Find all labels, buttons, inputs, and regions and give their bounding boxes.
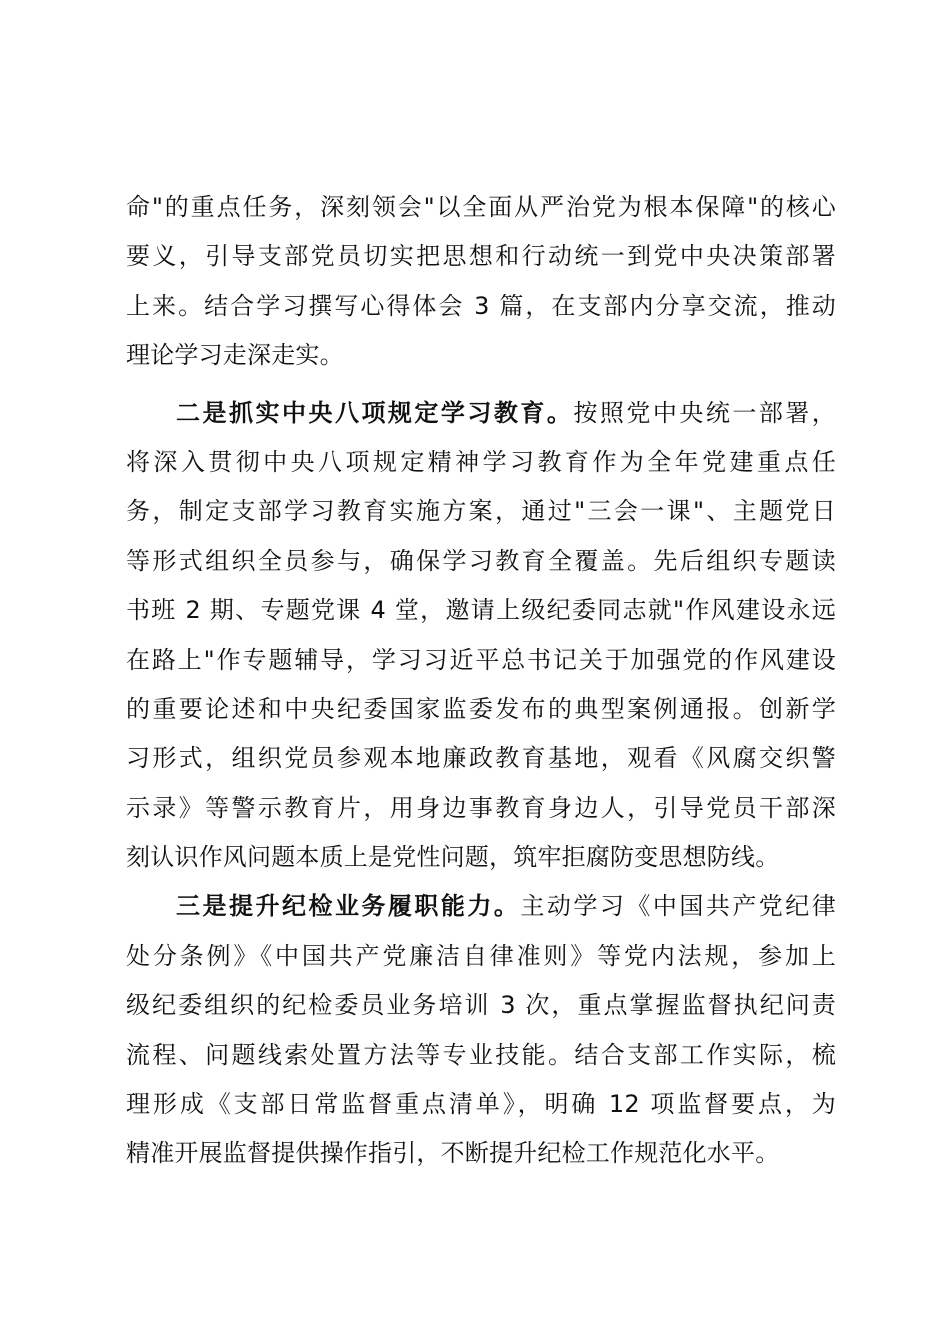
paragraph-point-three: 三是提升纪检业务履职能力。主动学习《中国共产党纪律 处分条例》《中国共产党廉洁自…	[126, 882, 836, 1178]
text-line: 理形成《支部日常监督重点清单》，明确 12 项监督要点，为	[126, 1080, 836, 1129]
text-line: 示录》等警示教育片，用身边事教育身边人，引导党员干部深	[126, 784, 836, 833]
text-line: 要义，引导支部党员切实把思想和行动统一到党中央决策部署	[126, 232, 836, 281]
paragraph-text: 按照党中央统一部署，	[573, 399, 836, 427]
document-page: 命"的重点任务，深刻领会"以全面从严治党为根本保障"的核心 要义，引导支部党员切…	[126, 183, 836, 1179]
paragraph-point-two: 二是抓实中央八项规定学习教育。按照党中央统一部署， 将深入贯彻中央八项规定精神学…	[126, 389, 836, 883]
paragraph-heading: 三是提升纪检业务履职能力。	[176, 892, 520, 920]
paragraph-continuation: 命"的重点任务，深刻领会"以全面从严治党为根本保障"的核心 要义，引导支部党员切…	[126, 183, 836, 381]
text-line: 命"的重点任务，深刻领会"以全面从严治党为根本保障"的核心	[126, 183, 836, 232]
paragraph-gap	[126, 381, 836, 389]
text-line: 精准开展监督提供操作指引，不断提升纪检工作规范化水平。	[126, 1129, 836, 1178]
paragraph-first-line: 三是提升纪检业务履职能力。主动学习《中国共产党纪律	[126, 882, 836, 931]
paragraph-text: 主动学习《中国共产党纪律	[520, 892, 836, 920]
text-line: 流程、问题线索处置方法等专业技能。结合支部工作实际，梳	[126, 1031, 836, 1080]
text-line: 理论学习走深走实。	[126, 331, 836, 380]
text-line: 级纪委组织的纪检委员业务培训 3 次，重点掌握监督执纪问责	[126, 981, 836, 1030]
text-line: 务，制定支部学习教育实施方案，通过"三会一课"、主题党日	[126, 487, 836, 536]
text-line: 的重要论述和中央纪委国家监委发布的典型案例通报。创新学	[126, 685, 836, 734]
text-line: 刻认识作风问题本质上是党性问题，筑牢拒腐防变思想防线。	[126, 833, 836, 882]
text-line: 习形式，组织党员参观本地廉政教育基地，观看《风腐交织警	[126, 734, 836, 783]
text-line: 书班 2 期、专题党课 4 堂，邀请上级纪委同志就"作风建设永远	[126, 586, 836, 635]
text-line: 处分条例》《中国共产党廉洁自律准则》等党内法规，参加上	[126, 932, 836, 981]
paragraph-first-line: 二是抓实中央八项规定学习教育。按照党中央统一部署，	[126, 389, 836, 438]
text-line: 在路上"作专题辅导，学习习近平总书记关于加强党的作风建设	[126, 636, 836, 685]
text-line: 将深入贯彻中央八项规定精神学习教育作为全年党建重点任	[126, 438, 836, 487]
paragraph-heading: 二是抓实中央八项规定学习教育。	[176, 399, 573, 427]
text-line: 等形式组织全员参与，确保学习教育全覆盖。先后组织专题读	[126, 537, 836, 586]
text-line: 上来。结合学习撰写心得体会 3 篇，在支部内分享交流，推动	[126, 282, 836, 331]
